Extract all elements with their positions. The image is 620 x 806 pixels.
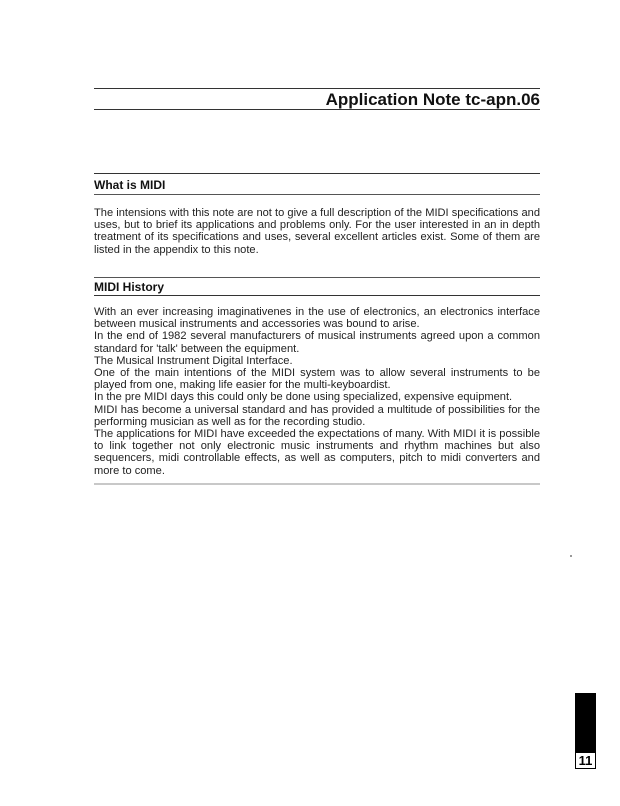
section-2-body: With an ever increasing imaginativenes i… — [94, 306, 540, 477]
paragraph: One of the main intentions of the MIDI s… — [94, 367, 540, 391]
section-1-top-rule — [94, 173, 540, 174]
section-heading-what-is-midi: What is MIDI — [94, 178, 165, 192]
paragraph: In the end of 1982 several manufacturers… — [94, 330, 540, 354]
paragraph: MIDI has become a universal standard and… — [94, 404, 540, 428]
section-end-rule — [94, 483, 540, 485]
paragraph: With an ever increasing imaginativenes i… — [94, 306, 540, 330]
section-heading-midi-history: MIDI History — [94, 280, 164, 294]
paragraph: The applications for MIDI have exceeded … — [94, 428, 540, 477]
page-tab-marker — [575, 693, 596, 752]
header-bottom-rule — [94, 109, 540, 110]
page-number: 11 — [575, 752, 596, 769]
section-2-bottom-rule — [94, 295, 540, 296]
header-top-rule — [94, 88, 540, 89]
section-1-body: The intensions with this note are not to… — [94, 207, 540, 256]
page-title: Application Note tc-apn.06 — [326, 90, 540, 110]
paragraph: The Musical Instrument Digital Interface… — [94, 355, 540, 367]
paragraph: In the pre MIDI days this could only be … — [94, 391, 540, 403]
section-2-top-rule — [94, 277, 540, 278]
section-1-bottom-rule — [94, 194, 540, 195]
scan-speck — [570, 555, 572, 557]
paragraph: The intensions with this note are not to… — [94, 207, 540, 256]
